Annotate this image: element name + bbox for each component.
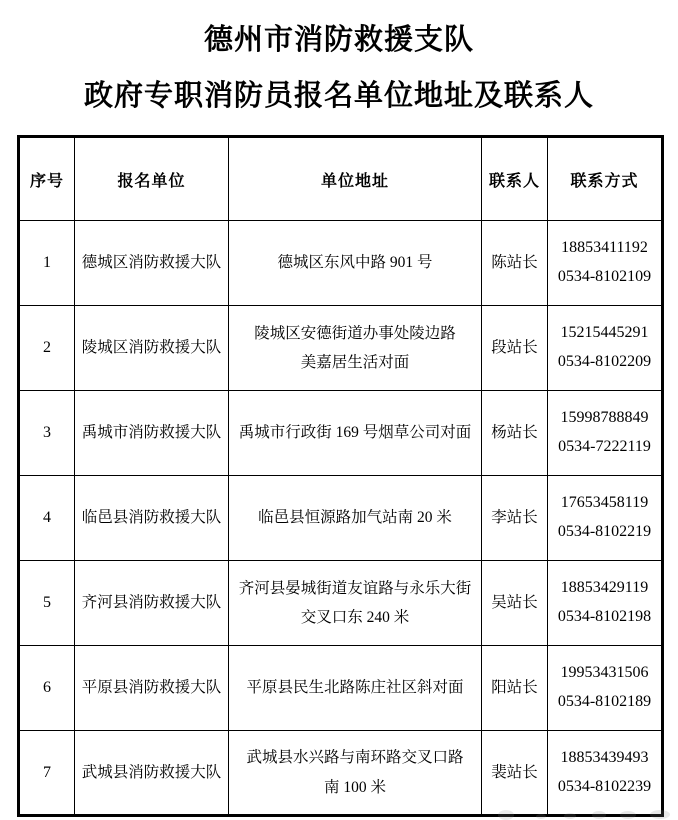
document-page: 德州市消防救援支队 政府专职消防员报名单位地址及联系人 序号 报名单位 单位地址… — [0, 0, 678, 820]
cell-unit-address: 德城区东风中路 901 号 — [229, 221, 482, 306]
header-contact-person: 联系人 — [482, 137, 548, 221]
cell-serial-number: 3 — [19, 391, 75, 476]
cell-serial-number: 6 — [19, 646, 75, 731]
cell-contact-info: 18853411192 0534-8102109 — [548, 221, 663, 306]
cell-contact-person: 阳站长 — [482, 646, 548, 731]
cell-serial-number: 4 — [19, 476, 75, 561]
phone-landline: 0534-8102198 — [554, 603, 655, 632]
table-row: 2 陵城区消防救援大队 陵城区安德街道办事处陵边路 美嘉居生活对面 段站长 15… — [19, 306, 663, 391]
phone-mobile: 18853439493 — [554, 744, 655, 773]
cell-unit-address: 平原县民生北路陈庄社区斜对面 — [229, 646, 482, 731]
table-row: 6 平原县消防救援大队 平原县民生北路陈庄社区斜对面 阳站长 199534315… — [19, 646, 663, 731]
cell-registration-unit: 陵城区消防救援大队 — [75, 306, 229, 391]
cell-unit-address: 禹城市行政街 169 号烟草公司对面 — [229, 391, 482, 476]
phone-landline: 0534-8102209 — [554, 348, 655, 377]
phone-mobile: 19953431506 — [554, 659, 655, 688]
phone-landline: 0534-8102189 — [554, 688, 655, 717]
document-title: 德州市消防救援支队 政府专职消防员报名单位地址及联系人 — [0, 0, 678, 111]
cell-contact-info: 19953431506 0534-8102189 — [548, 646, 663, 731]
cell-contact-person: 段站长 — [482, 306, 548, 391]
cell-contact-person: 杨站长 — [482, 391, 548, 476]
table-row: 7 武城县消防救援大队 武城县水兴路与南环路交叉口路 南 100 米 裴站长 1… — [19, 731, 663, 816]
cell-serial-number: 7 — [19, 731, 75, 816]
phone-mobile: 18853411192 — [554, 234, 655, 263]
phone-mobile: 15215445291 — [554, 319, 655, 348]
cell-unit-address: 陵城区安德街道办事处陵边路 美嘉居生活对面 — [229, 306, 482, 391]
phone-mobile: 17653458119 — [554, 489, 655, 518]
table-row: 4 临邑县消防救援大队 临邑县恒源路加气站南 20 米 李站长 17653458… — [19, 476, 663, 561]
cell-registration-unit: 临邑县消防救援大队 — [75, 476, 229, 561]
header-unit-address: 单位地址 — [229, 137, 482, 221]
phone-landline: 0534-8102219 — [554, 518, 655, 547]
cell-serial-number: 1 — [19, 221, 75, 306]
cell-contact-info: 17653458119 0534-8102219 — [548, 476, 663, 561]
phone-mobile: 18853429119 — [554, 574, 655, 603]
header-registration-unit: 报名单位 — [75, 137, 229, 221]
table-row: 5 齐河县消防救援大队 齐河县晏城街道友谊路与永乐大街 交叉口东 240 米 吴… — [19, 561, 663, 646]
cell-contact-person: 陈站长 — [482, 221, 548, 306]
cell-serial-number: 5 — [19, 561, 75, 646]
phone-landline: 0534-8102239 — [554, 773, 655, 802]
header-serial-number: 序号 — [19, 137, 75, 221]
table-row: 1 德城区消防救援大队 德城区东风中路 901 号 陈站长 1885341119… — [19, 221, 663, 306]
cell-contact-person: 裴站长 — [482, 731, 548, 816]
cell-registration-unit: 德城区消防救援大队 — [75, 221, 229, 306]
cell-unit-address: 武城县水兴路与南环路交叉口路 南 100 米 — [229, 731, 482, 816]
table-row: 3 禹城市消防救援大队 禹城市行政街 169 号烟草公司对面 杨站长 15998… — [19, 391, 663, 476]
registration-units-table: 序号 报名单位 单位地址 联系人 联系方式 1 德城区消防救援大队 德城区东风中… — [17, 135, 664, 817]
cell-contact-person: 吴站长 — [482, 561, 548, 646]
header-contact-info: 联系方式 — [548, 137, 663, 221]
title-line-1: 德州市消防救援支队 — [0, 26, 678, 55]
cell-registration-unit: 武城县消防救援大队 — [75, 731, 229, 816]
cell-contact-info: 18853439493 0534-8102239 — [548, 731, 663, 816]
table-body: 1 德城区消防救援大队 德城区东风中路 901 号 陈站长 1885341119… — [19, 221, 663, 816]
cell-registration-unit: 平原县消防救援大队 — [75, 646, 229, 731]
cell-contact-person: 李站长 — [482, 476, 548, 561]
phone-mobile: 15998788849 — [554, 404, 655, 433]
cell-unit-address: 临邑县恒源路加气站南 20 米 — [229, 476, 482, 561]
phone-landline: 0534-8102109 — [554, 263, 655, 292]
cell-contact-info: 15215445291 0534-8102209 — [548, 306, 663, 391]
phone-landline: 0534-7222119 — [554, 433, 655, 462]
title-line-2: 政府专职消防员报名单位地址及联系人 — [0, 82, 678, 111]
cell-serial-number: 2 — [19, 306, 75, 391]
cell-contact-info: 15998788849 0534-7222119 — [548, 391, 663, 476]
cell-unit-address: 齐河县晏城街道友谊路与永乐大街 交叉口东 240 米 — [229, 561, 482, 646]
table-header-row: 序号 报名单位 单位地址 联系人 联系方式 — [19, 137, 663, 221]
cell-registration-unit: 禹城市消防救援大队 — [75, 391, 229, 476]
cell-registration-unit: 齐河县消防救援大队 — [75, 561, 229, 646]
cell-contact-info: 18853429119 0534-8102198 — [548, 561, 663, 646]
